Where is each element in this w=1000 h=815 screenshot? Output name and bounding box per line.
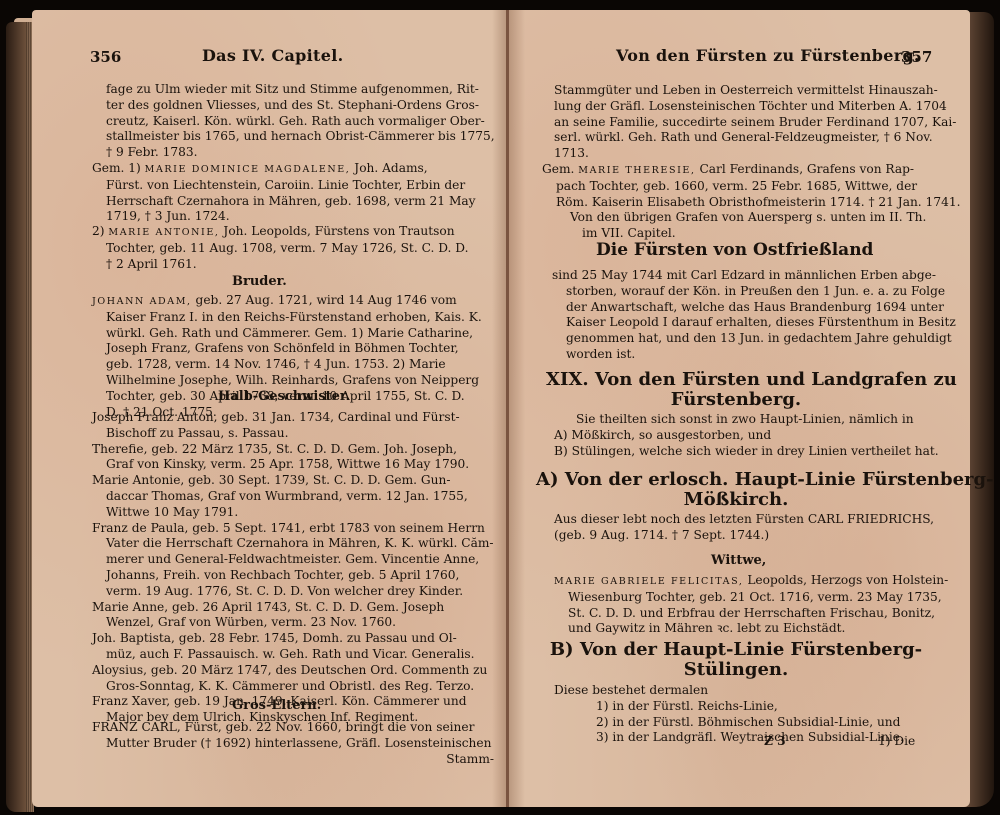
signature-mark: Z 3: [764, 734, 786, 750]
page-number: 357: [901, 48, 932, 66]
section-heading-a: A) Von der erlosch. Haupt-Linie Fürstenb…: [536, 470, 936, 510]
spouse-entry-2: 2) MARIE ANTONIE, Joh. Leopolds, Fürsten…: [92, 224, 469, 272]
running-head: Das IV. Capitel.: [202, 46, 343, 65]
section-heading-groseltern: Gros-Eltern.: [232, 698, 321, 714]
heading-ostfriesland: Die Fürsten von Ostfrießland: [596, 240, 873, 260]
continued-paragraph: Stammgüter und Leben in Oesterreich verm…: [554, 83, 956, 162]
chapter-heading-xix: XIX. Von den Fürsten und Landgrafen zu F…: [546, 370, 926, 410]
continued-paragraph: fage zu Ulm wieder mit Sitz und Stimme a…: [106, 82, 495, 161]
widow-entry: MARIE GABRIELE FELICITAS, Leopolds, Herz…: [554, 573, 948, 637]
catchword: 1) Die: [878, 734, 915, 750]
section-heading-halbgeschwister: Halb-Geschwister.: [218, 389, 350, 405]
half-siblings-list: Joseph Franz Anton, geb. 31 Jan. 1734, C…: [92, 410, 494, 726]
running-head: Von den Fürsten zu Fürstenberg.: [616, 46, 920, 65]
section-b-list: Diese bestehet dermalen 1) in der Fürstl…: [554, 683, 904, 746]
section-a-paragraph: Aus dieser lebt noch des letzten Fürsten…: [554, 512, 934, 544]
page-number: 356: [90, 48, 121, 66]
section-heading-b: B) Von der Haupt-Linie Fürstenberg- Stül…: [536, 640, 936, 680]
left-page: 356 Das IV. Capitel. fage zu Ulm wieder …: [32, 10, 506, 807]
chapter-intro: Sie theilten sich sonst in zwo Haupt-Lin…: [554, 412, 939, 459]
spouse-entry-1: Gem. 1) MARIE DOMINICE MAGDALENE, Joh. A…: [92, 161, 476, 225]
ostfriesland-paragraph: sind 25 May 1744 mit Carl Edzard in männ…: [552, 268, 956, 363]
spouse-entry: Gem. MARIE THERESIE, Carl Ferdinands, Gr…: [542, 162, 960, 242]
heading-wittwe: Wittwe,: [711, 553, 766, 569]
right-page: Von den Fürsten zu Fürstenberg. 357 Stam…: [506, 10, 970, 807]
book-spread: 356 Das IV. Capitel. fage zu Ulm wieder …: [0, 0, 1000, 815]
grandparents-entry: FRANZ CARL, Fürst, geb. 22 Nov. 1660, br…: [92, 720, 494, 767]
catchword-left: Stamm-: [92, 752, 494, 768]
book-edge-left: [6, 22, 34, 812]
section-heading-bruder: Bruder.: [232, 274, 287, 290]
